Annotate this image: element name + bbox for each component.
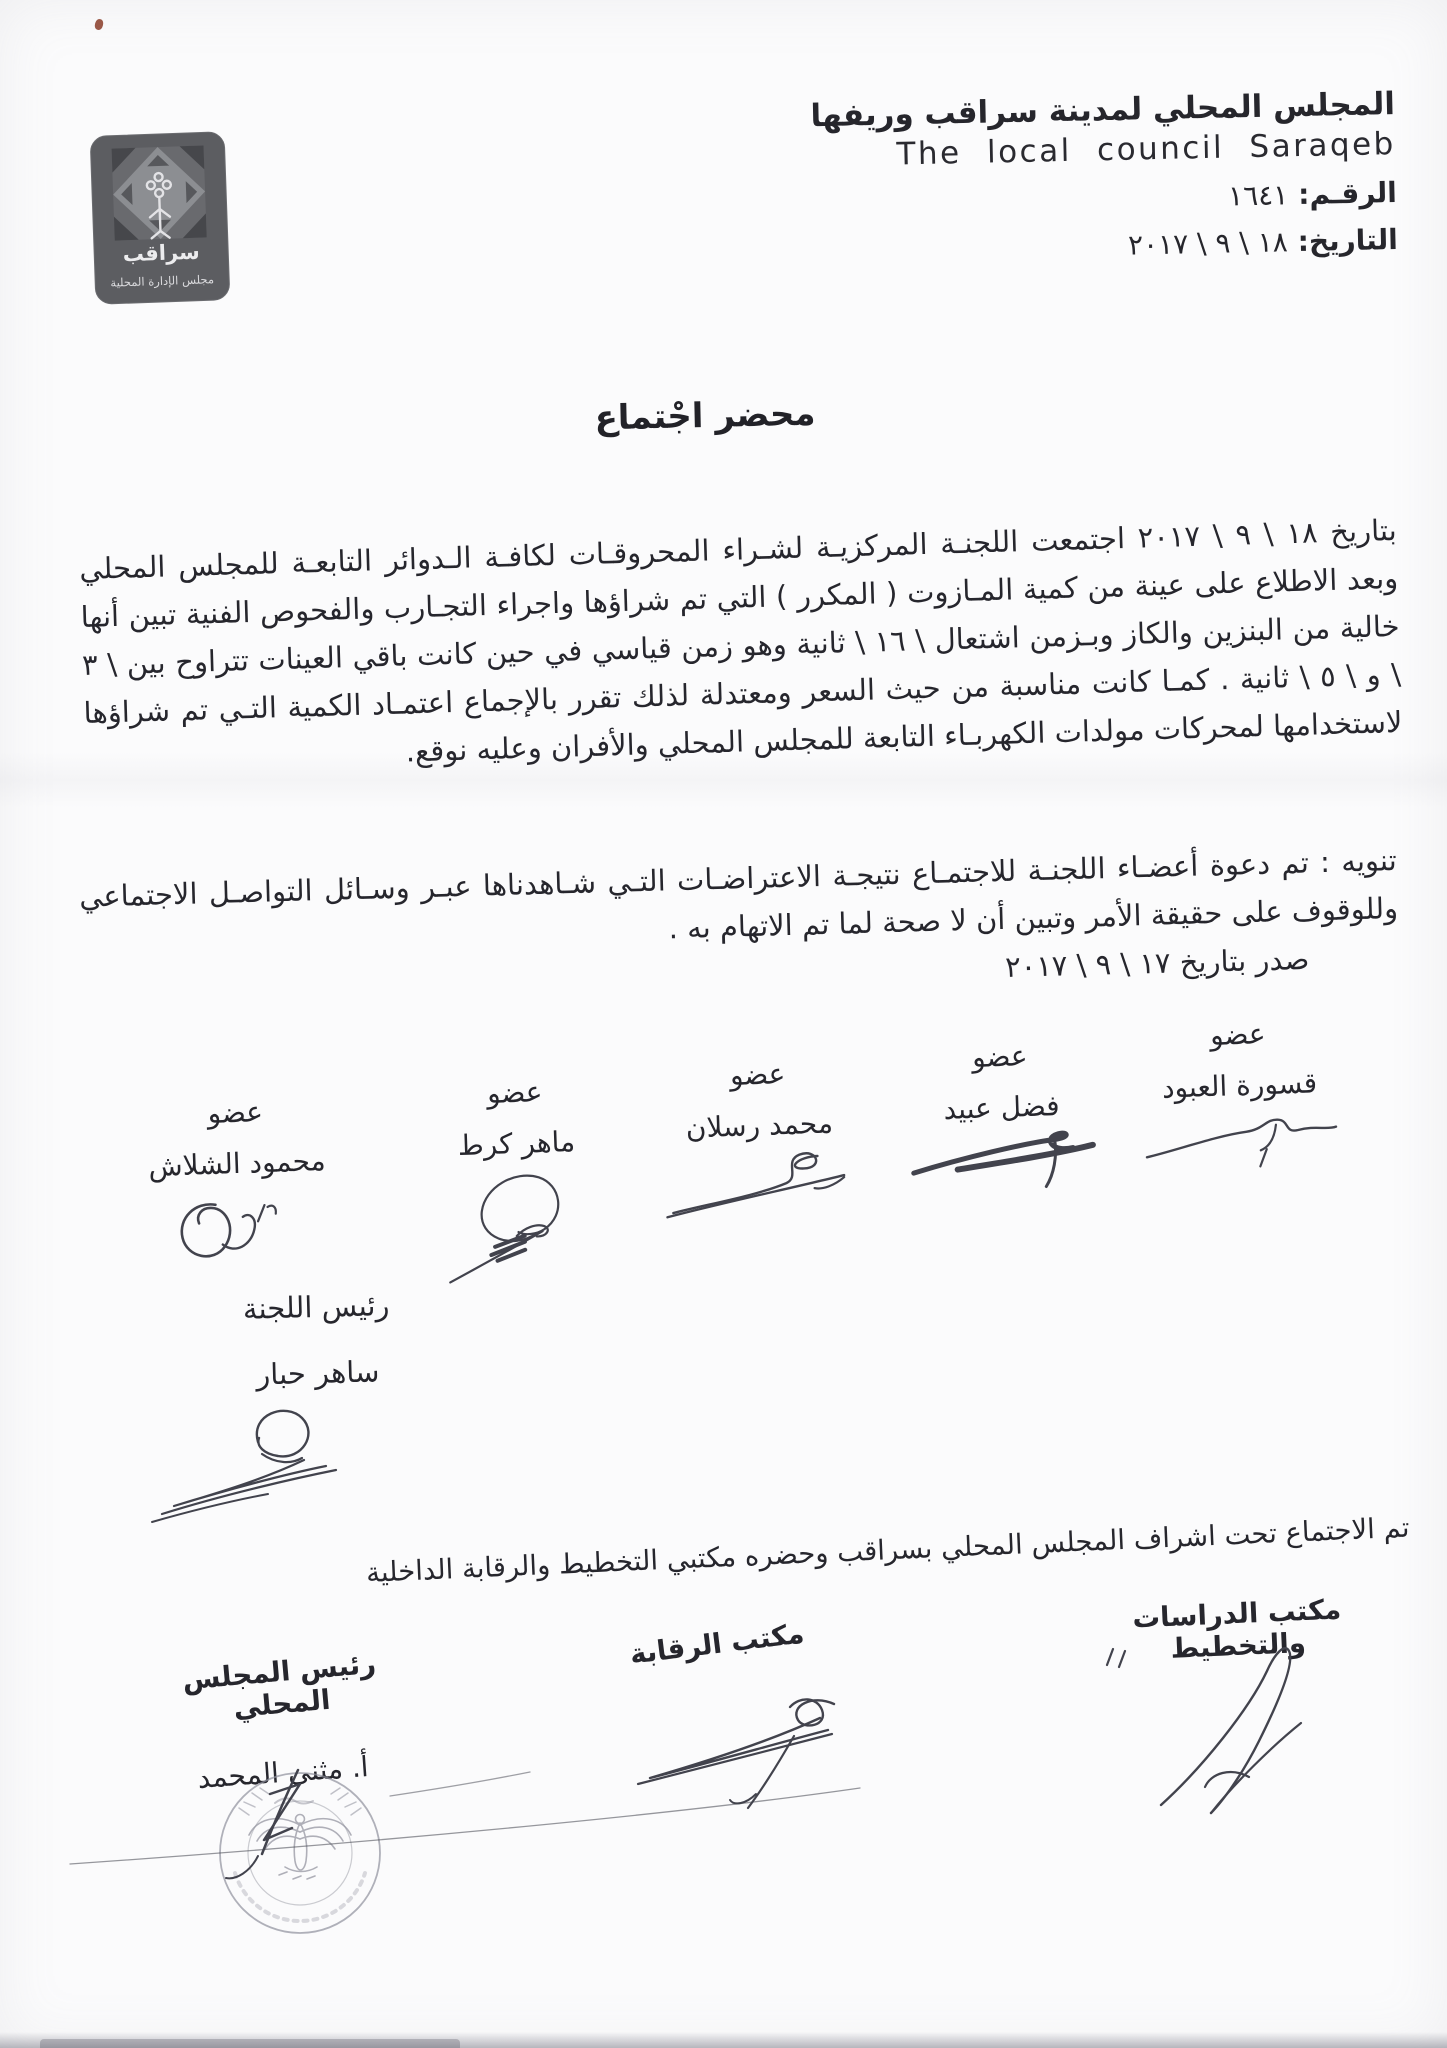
minutes-body-paragraph: بتاريخ ١٨ \ ٩ \ ٢٠١٧ اجتمعت اللجنـة المر…	[79, 506, 1404, 785]
member-block-rslan: عضو محمد رسلان	[637, 1054, 883, 1234]
doc-date-value: ١٨ \ ٩ \ ٢٠١٧	[1128, 225, 1288, 261]
chairman-role: رئيس اللجنة	[191, 1287, 442, 1328]
scan-edge-notch	[40, 2039, 460, 2048]
issued-date-line: صدر بتاريخ ١٧ \ ٩ \ ٢٠١٧	[1004, 942, 1309, 984]
doc-date-label: التاريخ:	[1298, 223, 1399, 258]
member-name: محمود الشلاش	[117, 1143, 358, 1184]
doc-number-label: الرقـم:	[1298, 176, 1397, 211]
scanned-document-page: سراقب مجلس الإدارة المحلية المجلس المحلي…	[0, 0, 1447, 2048]
member-block-maher: عضو ماهر كرط	[394, 1072, 642, 1302]
ink-speck	[94, 18, 104, 31]
member-signature	[653, 1140, 871, 1229]
member-name: محمد رسلان	[639, 1105, 880, 1146]
member-role: عضو	[1117, 1014, 1358, 1055]
council-logo-badge: سراقب مجلس الإدارة المحلية	[89, 131, 231, 306]
doc-number-value: ١٦٤١	[1228, 178, 1289, 212]
member-name: فضل عبيد	[881, 1087, 1122, 1128]
letterhead: المجلس المحلي لمدينة سراقب وريفها The lo…	[811, 86, 1399, 268]
member-block-shalash: عضو محمود الشلاش	[115, 1092, 362, 1292]
office-oversight-title: مكتب الرقابة	[611, 1615, 823, 1672]
doc-date-line: التاريخ:١٨ \ ٩ \ ٢٠١٧	[813, 223, 1398, 268]
chairman-signature	[130, 1398, 400, 1568]
member-block-fadl: عضو فضل عبيد	[879, 1036, 1125, 1206]
member-role: عضو	[637, 1054, 878, 1095]
member-block-qaswara: عضو قسورة العبود	[1117, 1014, 1363, 1184]
member-role: عضو	[879, 1036, 1120, 1077]
member-name: قسورة العبود	[1119, 1065, 1360, 1106]
org-name-english: The local council Saraqeb	[811, 126, 1396, 174]
chairman-block: رئيس اللجنة ساهر حبار	[191, 1287, 444, 1394]
member-name: ماهر كرط	[396, 1123, 637, 1164]
planning-office-signature	[1095, 1625, 1385, 1840]
member-signature	[420, 1159, 619, 1298]
member-signature	[902, 1123, 1104, 1202]
council-head-signature	[60, 1758, 870, 1928]
logo-city-name: سراقب	[93, 239, 230, 268]
member-signature	[1135, 1100, 1347, 1179]
chairman-name: ساهر حبار	[192, 1353, 443, 1394]
member-role: عضو	[115, 1092, 356, 1133]
document-title: محضر اجْتماع	[560, 393, 851, 439]
doc-number-line: الرقـم:١٦٤١	[812, 176, 1397, 221]
member-role: عضو	[394, 1072, 635, 1113]
member-signature	[150, 1179, 328, 1287]
council-head-title: رئيس المجلس المحلي	[146, 1645, 416, 1732]
